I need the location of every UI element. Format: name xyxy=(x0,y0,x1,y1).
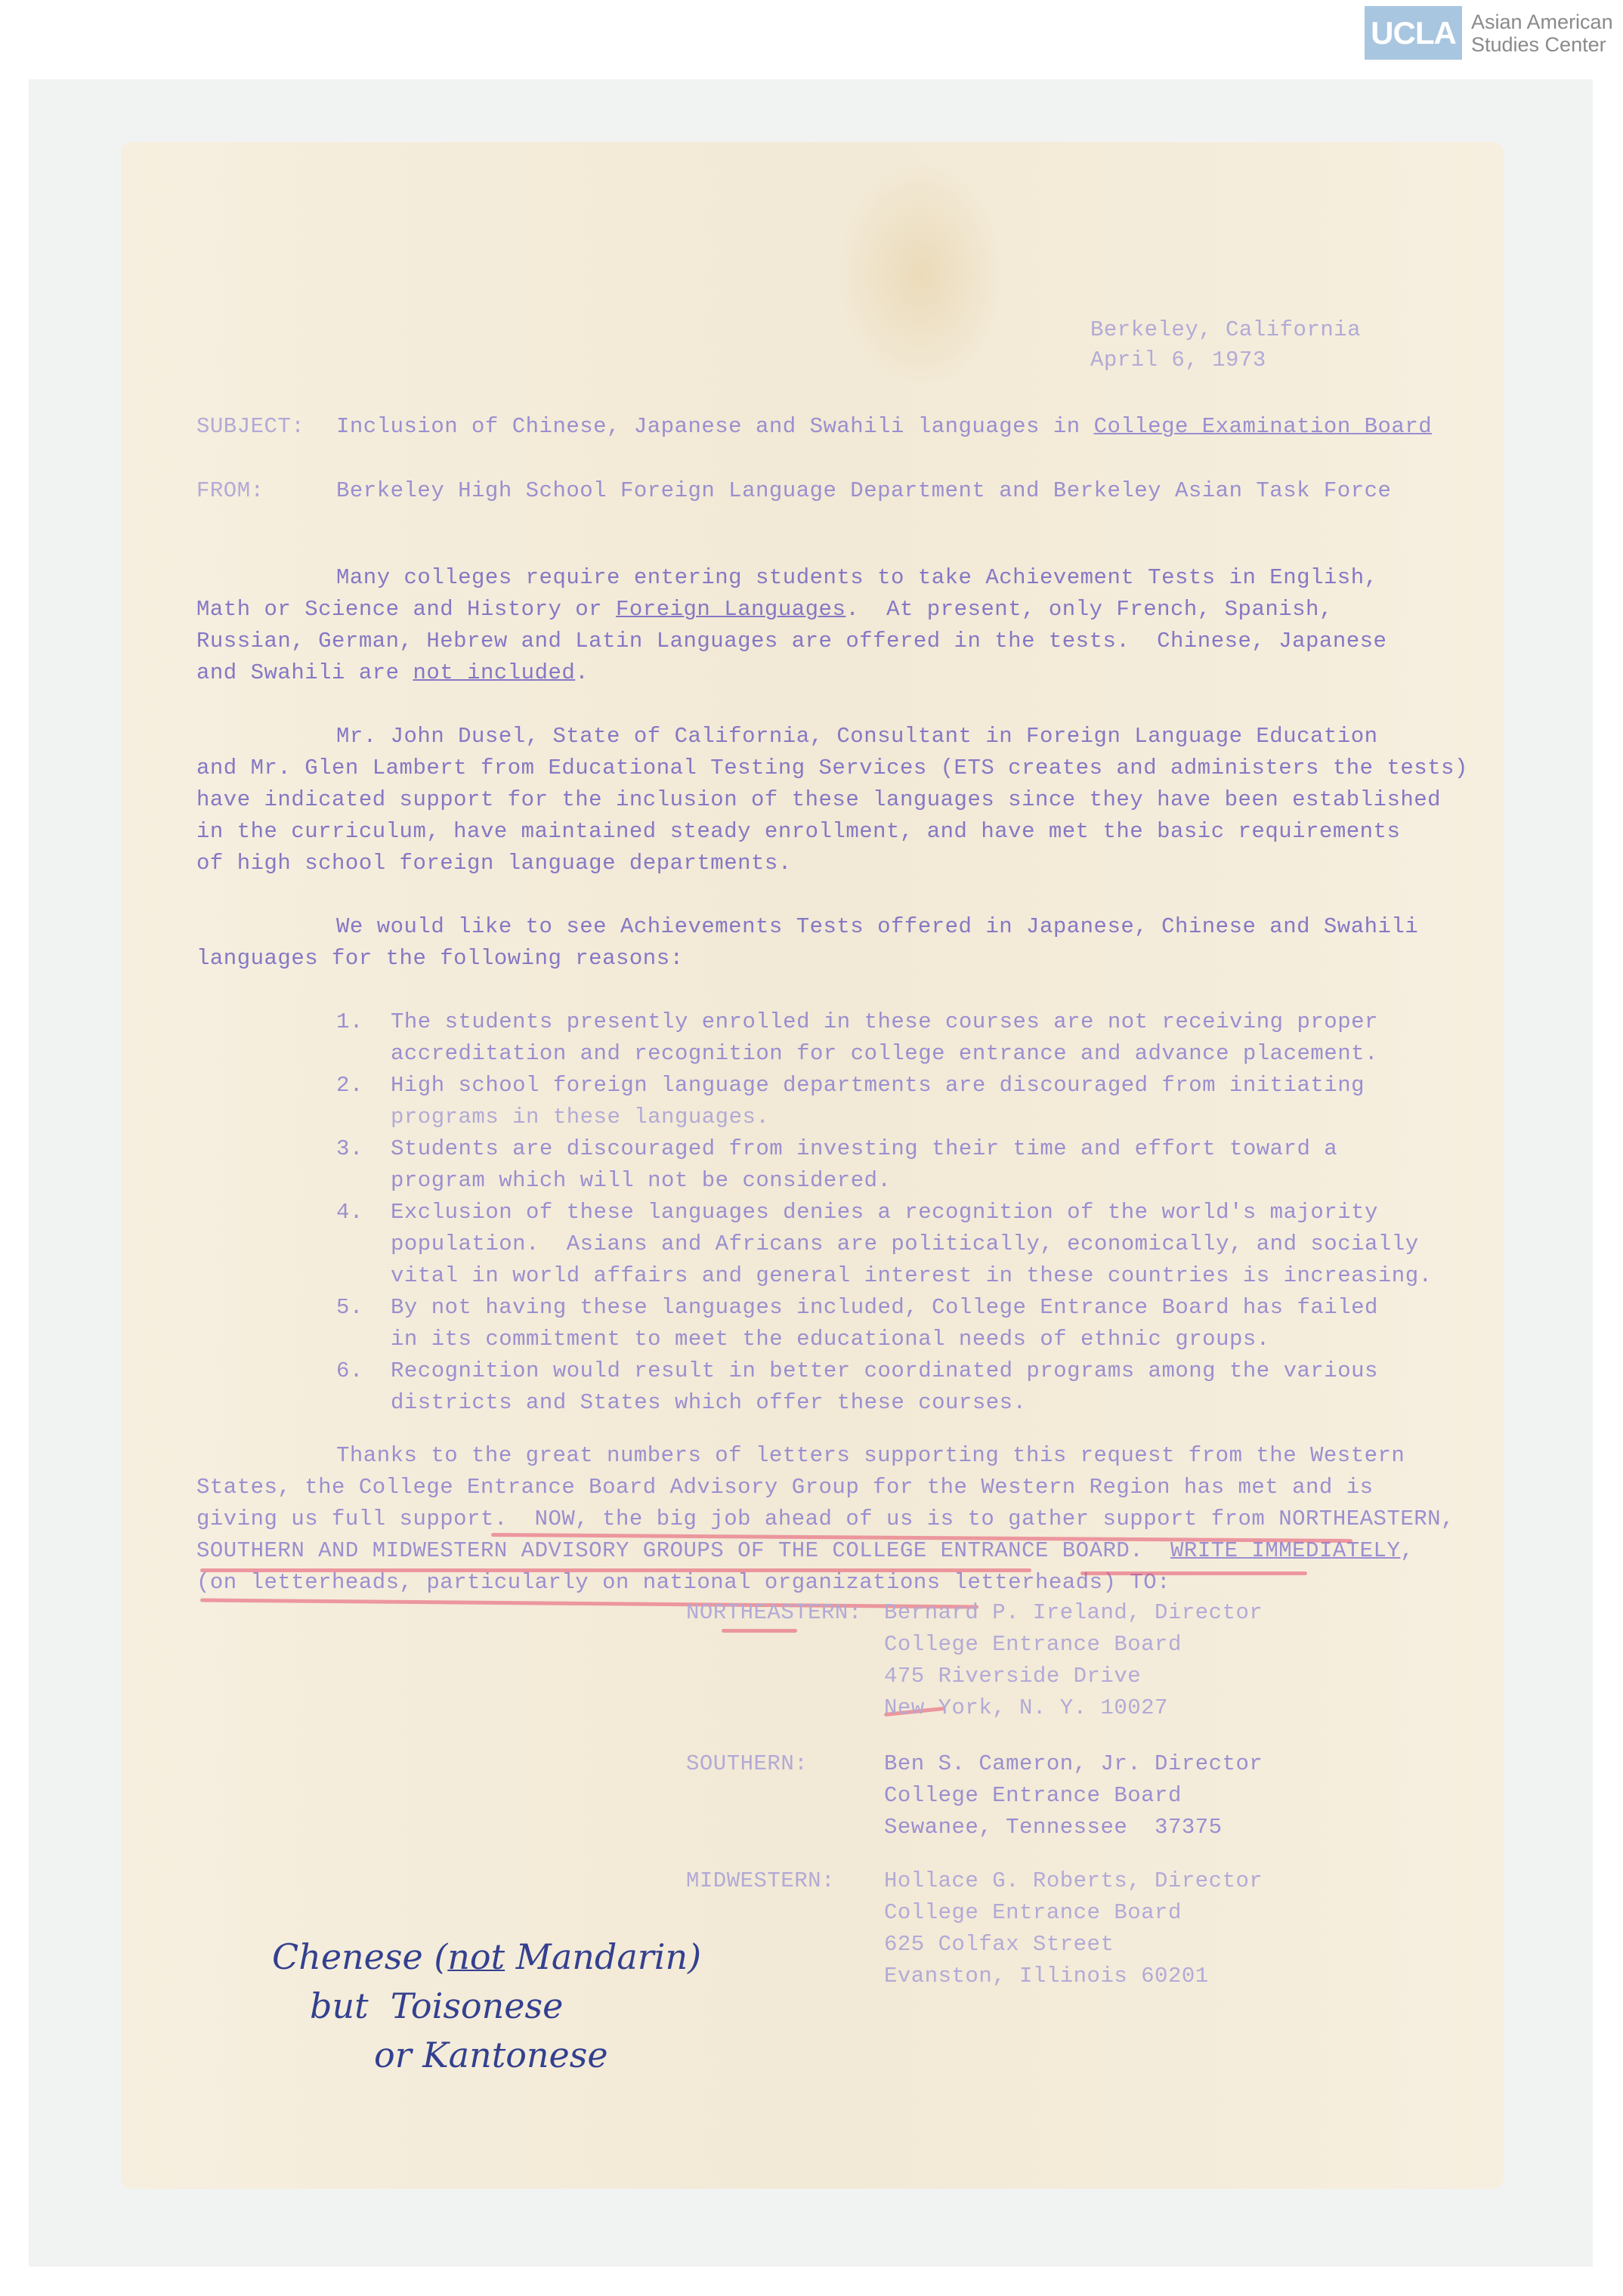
reason-line: High school foreign language departments… xyxy=(391,1073,1365,1098)
para1-line2: Math or Science and History or Foreign L… xyxy=(196,597,1333,622)
red-pencil-underline-northeastern xyxy=(722,1629,797,1633)
reason-line: vital in world affairs and general inter… xyxy=(391,1263,1433,1288)
para4-line3: giving us full support. NOW, the big job… xyxy=(196,1506,1455,1531)
reason-line: in its commitment to meet the educationa… xyxy=(391,1327,1270,1352)
para4-line4-b: , xyxy=(1400,1538,1414,1563)
ucla-aasc-logo: UCLA Asian American Studies Center xyxy=(1365,6,1613,60)
ucla-logo-box: UCLA xyxy=(1365,6,1462,60)
reason-number: 1. xyxy=(336,1009,363,1034)
para1-underlined-foreign-languages: Foreign Languages xyxy=(616,597,846,622)
reason-number: 4. xyxy=(336,1200,363,1225)
reason-number: 6. xyxy=(336,1358,363,1383)
para4-line5: (on letterheads, particularly on nationa… xyxy=(196,1570,1170,1595)
address-line: Hollace G. Roberts, Director xyxy=(884,1868,1263,1893)
hand-underlined-not: not xyxy=(447,1936,505,1977)
handwritten-line3: or Kantonese xyxy=(374,2035,608,2075)
para4-line1: Thanks to the great numbers of letters s… xyxy=(336,1443,1405,1468)
region-label: NORTHEASTERN: xyxy=(686,1600,862,1625)
letter-place: Berkeley, California xyxy=(1090,317,1361,342)
logo-caption-line1: Asian American xyxy=(1471,11,1613,33)
reason-line: Students are discouraged from investing … xyxy=(391,1136,1337,1161)
para1-line2-a: Math or Science and History or xyxy=(196,597,616,622)
subject-line: Inclusion of Chinese, Japanese and Swahi… xyxy=(336,414,1432,439)
red-pencil-underline-advisory xyxy=(200,1568,1031,1572)
reason-number: 3. xyxy=(336,1136,363,1161)
para2-line1: Mr. John Dusel, State of California, Con… xyxy=(336,724,1378,749)
para4-line2: States, the College Entrance Board Advis… xyxy=(196,1475,1374,1500)
address-line: 475 Riverside Drive xyxy=(884,1664,1141,1689)
para3-line2: languages for the following reasons: xyxy=(196,946,684,971)
reason-number: 2. xyxy=(336,1073,363,1098)
address-line: College Entrance Board xyxy=(884,1632,1182,1657)
letter-date: April 6, 1973 xyxy=(1090,348,1266,372)
logo-caption: Asian American Studies Center xyxy=(1471,11,1613,56)
address-line: Bernard P. Ireland, Director xyxy=(884,1600,1263,1625)
reason-line: Exclusion of these languages denies a re… xyxy=(391,1200,1378,1225)
para2-line3: have indicated support for the inclusion… xyxy=(196,787,1441,812)
subject-label: SUBJECT: xyxy=(196,414,305,439)
reason-line: By not having these languages included, … xyxy=(391,1295,1378,1320)
address-line: Ben S. Cameron, Jr. Director xyxy=(884,1751,1263,1776)
para1-underlined-not-included: not included xyxy=(413,660,575,685)
handwritten-line1: Chenese (not Mandarin) xyxy=(272,1936,701,1977)
address-line: College Entrance Board xyxy=(884,1900,1182,1925)
subject-underlined: College Examination Board xyxy=(1094,414,1433,439)
reason-line: Recognition would result in better coord… xyxy=(391,1358,1378,1383)
address-line: Sewanee, Tennessee 37375 xyxy=(884,1815,1223,1840)
address-line: College Entrance Board xyxy=(884,1783,1182,1808)
from-label: FROM: xyxy=(196,478,264,503)
para2-line4: in the curriculum, have maintained stead… xyxy=(196,819,1400,844)
para4-line4-a: SOUTHERN AND MIDWESTERN ADVISORY GROUPS … xyxy=(196,1538,1170,1563)
para1-line4-a: and Swahili are xyxy=(196,660,413,685)
para1-line1: Many colleges require entering students … xyxy=(336,565,1378,590)
reason-line: The students presently enrolled in these… xyxy=(391,1009,1378,1034)
para1-line2-b: . At present, only French, Spanish, xyxy=(846,597,1333,622)
reason-line: program which will not be considered. xyxy=(391,1168,891,1193)
para3-line1: We would like to see Achievements Tests … xyxy=(336,914,1418,939)
region-label: SOUTHERN: xyxy=(686,1751,808,1776)
address-line: 625 Colfax Street xyxy=(884,1932,1114,1957)
para1-line3: Russian, German, Hebrew and Latin Langua… xyxy=(196,629,1387,654)
para4-line4: SOUTHERN AND MIDWESTERN ADVISORY GROUPS … xyxy=(196,1538,1414,1563)
letter-page: Berkeley, California April 6, 1973 SUBJE… xyxy=(121,142,1504,2189)
logo-caption-line2: Studies Center xyxy=(1471,33,1613,56)
para2-line2: and Mr. Glen Lambert from Educational Te… xyxy=(196,756,1468,780)
hand-text: Chenese ( xyxy=(272,1936,447,1977)
para2-line5: of high school foreign language departme… xyxy=(196,851,792,876)
region-label: MIDWESTERN: xyxy=(686,1868,835,1893)
para1-line4: and Swahili are not included. xyxy=(196,660,589,685)
reason-line: population. Asians and Africans are poli… xyxy=(391,1231,1419,1256)
from-text: Berkeley High School Foreign Language De… xyxy=(336,478,1391,503)
address-line: New York, N. Y. 10027 xyxy=(884,1695,1168,1720)
reason-number: 5. xyxy=(336,1295,363,1320)
red-pencil-underline-write xyxy=(1080,1571,1307,1575)
reason-line: accreditation and recognition for colleg… xyxy=(391,1041,1378,1066)
address-line: Evanston, Illinois 60201 xyxy=(884,1964,1209,1989)
reason-line: programs in these languages. xyxy=(391,1105,769,1129)
para1-line4-b: . xyxy=(575,660,589,685)
reason-line: districts and States which offer these c… xyxy=(391,1390,1026,1415)
hand-text: Mandarin) xyxy=(505,1936,701,1977)
handwritten-line2: but Toisonese xyxy=(310,1985,563,2026)
subject-text: Inclusion of Chinese, Japanese and Swahi… xyxy=(336,414,1094,439)
